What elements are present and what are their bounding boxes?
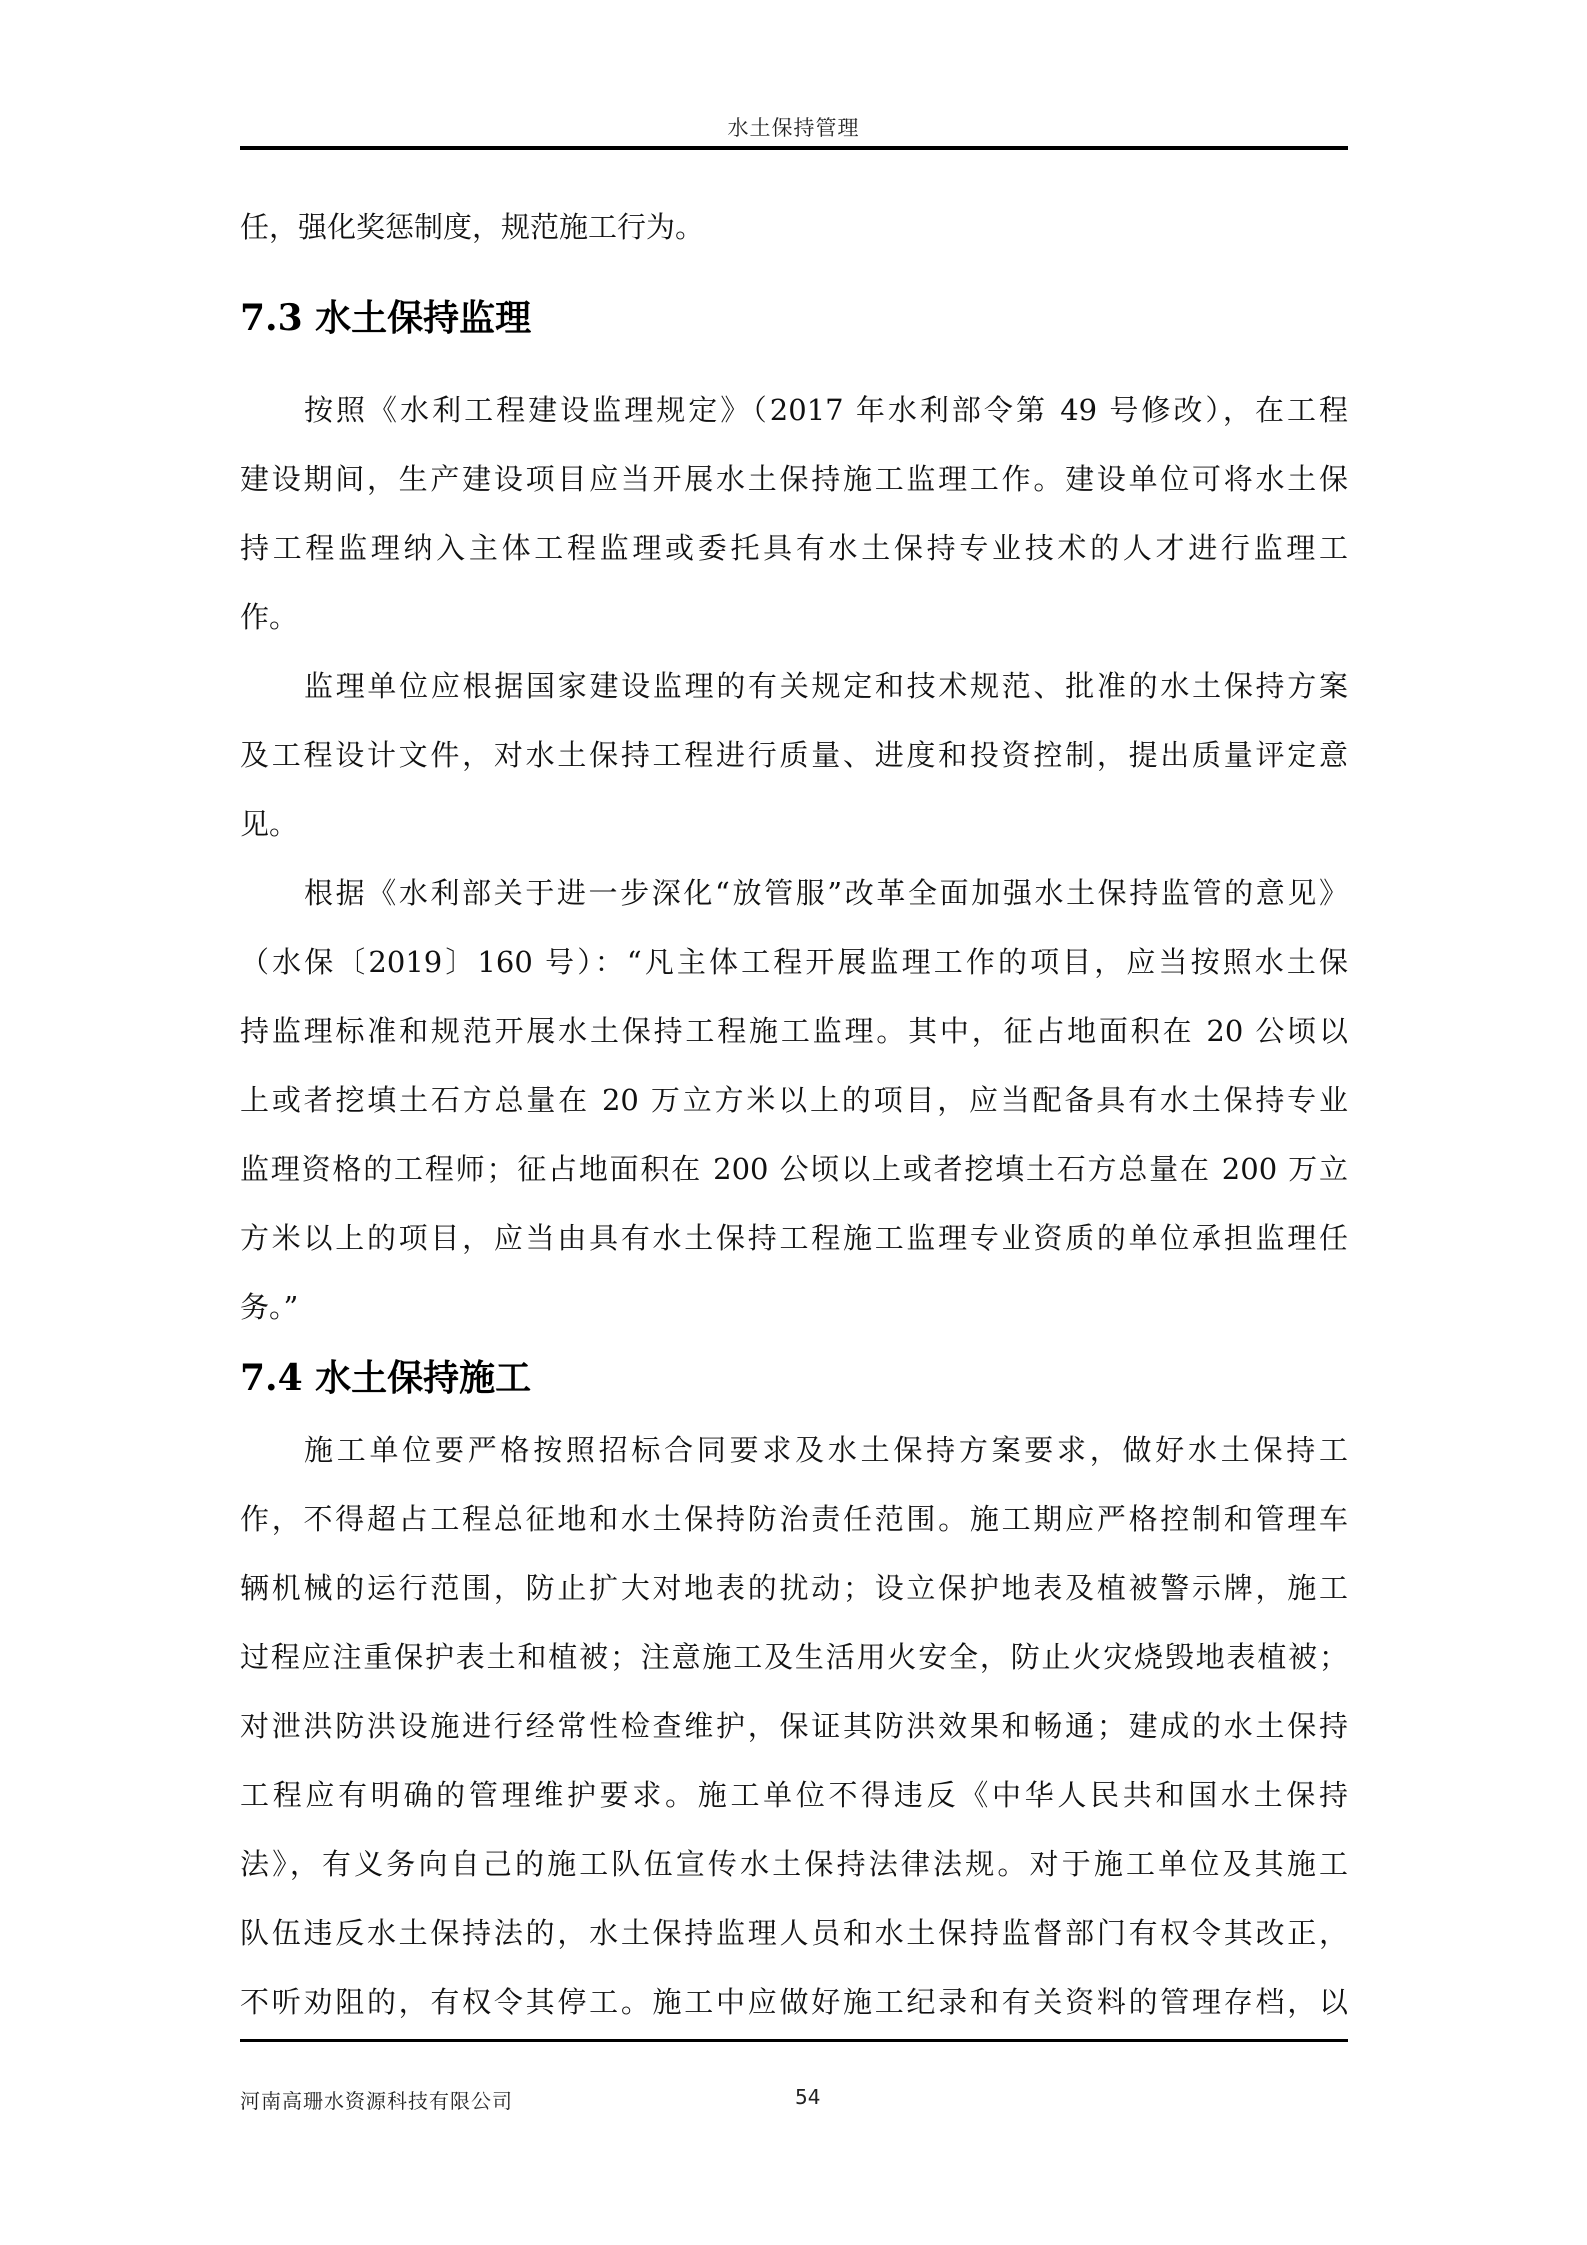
- paragraph-line: 过程应注重保护表土和植被；注意施工及生活用火安全，防止火灾烧毁地表植被；: [240, 1637, 1348, 1677]
- paragraph-line: 根据《水利部关于进一步深化“放管服”改革全面加强水土保持监管的意见》: [304, 873, 1348, 913]
- running-header: 水土保持管理: [240, 112, 1347, 142]
- paragraph-line: 不听劝阻的，有权令其停工。施工中应做好施工纪录和有关资料的管理存档，以: [240, 1982, 1348, 2022]
- paragraph-line: 方米以上的项目，应当由具有水土保持工程施工监理专业资质的单位承担监理任: [240, 1218, 1348, 1258]
- footer-divider: [240, 2039, 1348, 2042]
- paragraph-line: 辆机械的运行范围，防止扩大对地表的扰动；设立保护地表及植被警示牌，施工: [240, 1568, 1348, 1608]
- paragraph-line: （水保〔2019〕160 号）：“凡主体工程开展监理工作的项目，应当按照水土保: [240, 942, 1348, 982]
- paragraph-line: 及工程设计文件，对水土保持工程进行质量、进度和投资控制，提出质量评定意: [240, 735, 1348, 775]
- paragraph-line: 监理资格的工程师；征占地面积在 200 公顷以上或者挖填土石方总量在 200 万…: [240, 1149, 1348, 1189]
- paragraph-line: 作。: [240, 597, 1348, 637]
- paragraph-line: 作，不得超占工程总征地和水土保持防治责任范围。施工期应严格控制和管理车: [240, 1499, 1348, 1539]
- paragraph-line: 见。: [240, 804, 1348, 844]
- section-heading-7-3: 7.3 水土保持监理: [240, 296, 531, 340]
- paragraph-line: 队伍违反水土保持法的，水土保持监理人员和水土保持监督部门有权令其改正，: [240, 1913, 1348, 1953]
- paragraph-line: 法》，有义务向自己的施工队伍宣传水土保持法律法规。对于施工单位及其施工: [240, 1844, 1348, 1884]
- paragraph-line: 工程应有明确的管理维护要求。施工单位不得违反《中华人民共和国水土保持: [240, 1775, 1348, 1815]
- header-divider: [240, 146, 1348, 150]
- paragraph-line: 务。”: [240, 1287, 1348, 1327]
- page-number: 54: [795, 2085, 820, 2109]
- paragraph-line: 对泄洪防洪设施进行经常性检查维护，保证其防洪效果和畅通；建成的水土保持: [240, 1706, 1348, 1746]
- paragraph-line: 监理单位应根据国家建设监理的有关规定和技术规范、批准的水土保持方案: [304, 666, 1348, 706]
- paragraph-line: 施工单位要严格按照招标合同要求及水土保持方案要求，做好水土保持工: [304, 1430, 1348, 1470]
- paragraph-line: 持工程监理纳入主体工程监理或委托具有水土保持专业技术的人才进行监理工: [240, 528, 1348, 568]
- paragraph-line: 持监理标准和规范开展水土保持工程施工监理。其中，征占地面积在 20 公顷以: [240, 1011, 1348, 1051]
- section-heading-7-4: 7.4 水土保持施工: [240, 1356, 531, 1400]
- footer-company-name: 河南高珊水资源科技有限公司: [240, 2085, 513, 2114]
- carryover-text: 任，强化奖惩制度，规范施工行为。: [240, 207, 1348, 247]
- paragraph-line: 建设期间，生产建设项目应当开展水土保持施工监理工作。建设单位可将水土保: [240, 459, 1348, 499]
- paragraph-line: 按照《水利工程建设监理规定》（2017 年水利部令第 49 号修改），在工程: [304, 390, 1348, 430]
- paragraph-line: 上或者挖填土石方总量在 20 万立方米以上的项目，应当配备具有水土保持专业: [240, 1080, 1348, 1120]
